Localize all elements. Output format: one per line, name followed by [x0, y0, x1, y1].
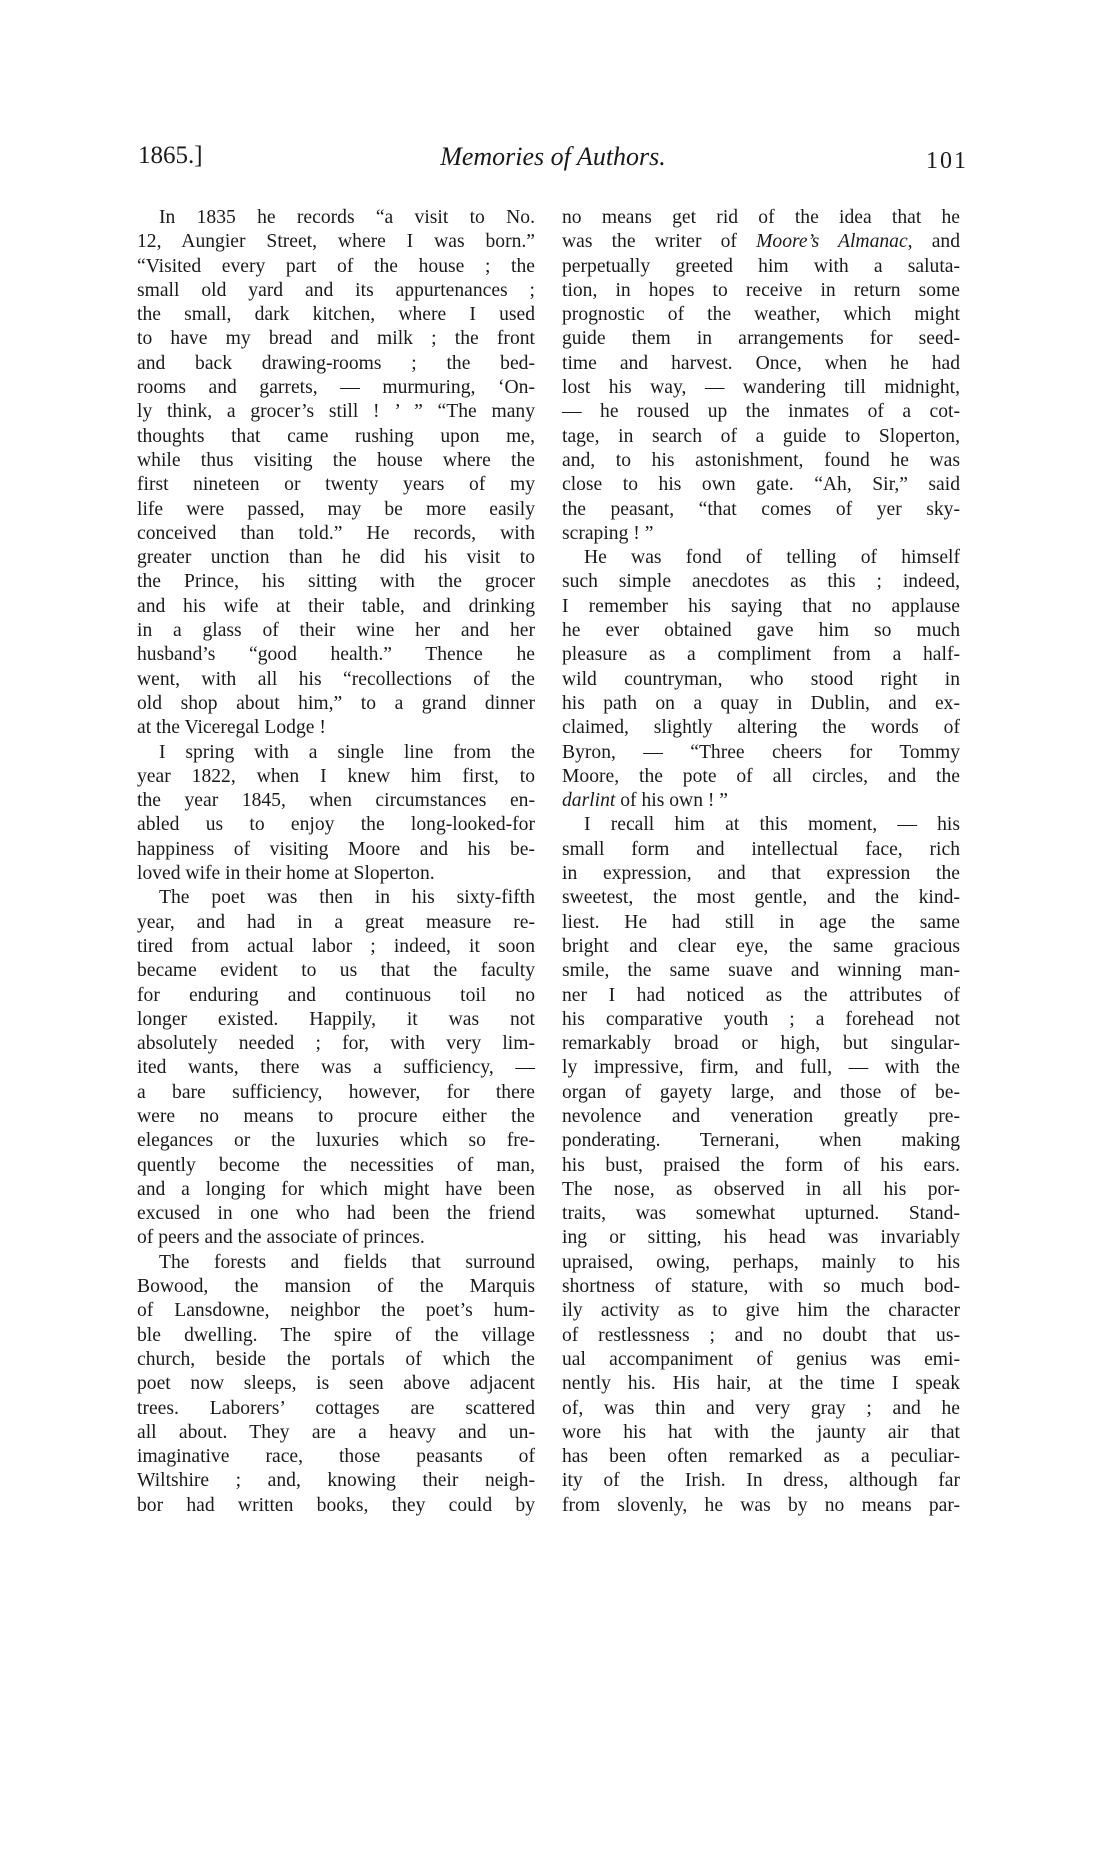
text-line: time and harvest. Once, when he had [562, 352, 960, 376]
text-line: and his wife at their table, and drinkin… [137, 595, 535, 619]
text-line: of peers and the associate of princes. [137, 1226, 535, 1250]
text-line: at the Viceregal Lodge ! [137, 716, 535, 740]
text-line: rooms and garrets, — murmuring, ‘On- [137, 376, 535, 400]
text-line: pleasure as a compliment from a half- [562, 643, 960, 667]
italic-title: Moore’s Almanac [756, 231, 908, 252]
text-line: small old yard and its appurtenances ; [137, 279, 535, 303]
text-line: excused in one who had been the friend [137, 1202, 535, 1226]
text-line: I recall him at this moment, — his [562, 813, 960, 837]
text-line: quently become the necessities of man, [137, 1154, 535, 1178]
text-line: liest. He had still in age the same [562, 911, 960, 935]
running-head: 1865.] Memories of Authors. 101 [138, 142, 968, 178]
italic-title: darlint [562, 790, 615, 811]
text-line: he ever obtained gave him so much [562, 619, 960, 643]
text-line: I remember his saying that no applause [562, 595, 960, 619]
text-line: no means get rid of the idea that he [562, 206, 960, 230]
text-line: I spring with a single line from the [137, 741, 535, 765]
text-line: old shop about him,” to a grand dinner [137, 692, 535, 716]
text-line: 12, Aungier Street, where I was born.” [137, 230, 535, 254]
text-line: smile, the same suave and winning man- [562, 959, 960, 983]
text-line: the Prince, his sitting with the grocer [137, 570, 535, 594]
text-line: elegances or the luxuries which so fre- [137, 1129, 535, 1153]
text-line: became evident to us that the faculty [137, 959, 535, 983]
text-line: — he roused up the inmates of a cot- [562, 400, 960, 424]
text-line: thoughts that came rushing upon me, [137, 425, 535, 449]
text-line: longer existed. Happily, it was not [137, 1008, 535, 1032]
text-line: shortness of stature, with so much bod- [562, 1275, 960, 1299]
text-line: bright and clear eye, the same gracious [562, 935, 960, 959]
text-line: abled us to enjoy the long-looked-for [137, 813, 535, 837]
text-line: life were passed, may be more easily [137, 498, 535, 522]
text-line: organ of gayety large, and those of be- [562, 1081, 960, 1105]
text-line: trees. Laborers’ cottages are scattered [137, 1397, 535, 1421]
text-line: small form and intellectual face, rich [562, 838, 960, 862]
text-line: his comparative youth ; a forehead not [562, 1008, 960, 1032]
text-line: in a glass of their wine her and her [137, 619, 535, 643]
text-line: and back drawing-rooms ; the bed- [137, 352, 535, 376]
text-fragment: was the writer of [562, 231, 756, 252]
header-title: Memories of Authors. [138, 142, 968, 172]
text-line: ited wants, there was a sufficiency, — [137, 1056, 535, 1080]
text-line: The nose, as observed in all his por- [562, 1178, 960, 1202]
text-line: ual accompaniment of genius was emi- [562, 1348, 960, 1372]
text-line: upraised, owing, perhaps, mainly to his [562, 1251, 960, 1275]
text-line: the year 1845, when circumstances en- [137, 789, 535, 813]
text-line: for enduring and continuous toil no [137, 984, 535, 1008]
text-line: ing or sitting, his head was invariably [562, 1226, 960, 1250]
text-line: wild countryman, who stood right in [562, 668, 960, 692]
page-number: 101 [926, 148, 968, 175]
text-line: year 1822, when I knew him first, to [137, 765, 535, 789]
right-column: no means get rid of the idea that hewas … [562, 206, 960, 1518]
text-line: went, with all his “recollections of the [137, 668, 535, 692]
text-line: year, and had in a great measure re- [137, 911, 535, 935]
text-line: close to his own gate. “Ah, Sir,” said [562, 473, 960, 497]
text-line: ly think, a grocer’s still ! ’ ” “The ma… [137, 400, 535, 424]
text-line: such simple anecdotes as this ; indeed, [562, 570, 960, 594]
text-line: has been often remarked as a peculiar- [562, 1445, 960, 1469]
text-line: tired from actual labor ; indeed, it soo… [137, 935, 535, 959]
text-line: greater unction than he did his visit to [137, 546, 535, 570]
text-line: ble dwelling. The spire of the village [137, 1324, 535, 1348]
text-line: were no means to procure either the [137, 1105, 535, 1129]
text-line: In 1835 he records “a visit to No. [137, 206, 535, 230]
text-line: lost his way, — wandering till midnight, [562, 376, 960, 400]
text-line: ner I had noticed as the attributes of [562, 984, 960, 1008]
text-line: of restlessness ; and no doubt that us- [562, 1324, 960, 1348]
text-fragment: , and [908, 231, 960, 252]
text-line: nently his. His hair, at the time I spea… [562, 1372, 960, 1396]
text-line: sweetest, the most gentle, and the kind- [562, 886, 960, 910]
text-line: while thus visiting the house where the [137, 449, 535, 473]
text-line: tage, in search of a guide to Sloperton, [562, 425, 960, 449]
text-line: first nineteen or twenty years of my [137, 473, 535, 497]
text-line: nevolence and veneration greatly pre- [562, 1105, 960, 1129]
text-line: He was fond of telling of himself [562, 546, 960, 570]
text-line: prognostic of the weather, which might [562, 303, 960, 327]
text-line: claimed, slightly altering the words of [562, 716, 960, 740]
text-line: poet now sleeps, is seen above adjacent [137, 1372, 535, 1396]
text-line: remarkably broad or high, but singular- [562, 1032, 960, 1056]
text-line: Wiltshire ; and, knowing their neigh- [137, 1469, 535, 1493]
text-line: the peasant, “that comes of yer sky- [562, 498, 960, 522]
text-line: conceived than told.” He records, with [137, 522, 535, 546]
text-line: ponderating. Ternerani, when making [562, 1129, 960, 1153]
text-line: loved wife in their home at Sloperton. [137, 862, 535, 886]
text-line: the small, dark kitchen, where I used [137, 303, 535, 327]
left-column: In 1835 he records “a visit to No.12, Au… [137, 206, 535, 1518]
text-line: his path on a quay in Dublin, and ex- [562, 692, 960, 716]
text-line: tion, in hopes to receive in return some [562, 279, 960, 303]
text-fragment: of his own ! ” [615, 790, 728, 811]
text-line: and a longing for which might have been [137, 1178, 535, 1202]
text-line: The poet was then in his sixty-fifth [137, 886, 535, 910]
text-line: “Visited every part of the house ; the [137, 255, 535, 279]
text-line: from slovenly, he was by no means par- [562, 1494, 960, 1518]
text-line: wore his hat with the jaunty air that [562, 1421, 960, 1445]
text-line: ily activity as to give him the characte… [562, 1299, 960, 1323]
text-line: and, to his astonishment, found he was [562, 449, 960, 473]
text-line: The forests and fields that surround [137, 1251, 535, 1275]
text-line: church, beside the portals of which the [137, 1348, 535, 1372]
text-line: his bust, praised the form of his ears. [562, 1154, 960, 1178]
text-line: bor had written books, they could by [137, 1494, 535, 1518]
text-line: Byron, — “Three cheers for Tommy [562, 741, 960, 765]
text-line: absolutely needed ; for, with very lim- [137, 1032, 535, 1056]
text-line: to have my bread and milk ; the front [137, 327, 535, 351]
text-line: traits, was somewhat upturned. Stand- [562, 1202, 960, 1226]
text-line: imaginative race, those peasants of [137, 1445, 535, 1469]
text-line: Moore, the pote of all circles, and the [562, 765, 960, 789]
text-line: husband’s “good health.” Thence he [137, 643, 535, 667]
text-line: happiness of visiting Moore and his be- [137, 838, 535, 862]
text-line: ly impressive, firm, and full, — with th… [562, 1056, 960, 1080]
text-line: Bowood, the mansion of the Marquis [137, 1275, 535, 1299]
text-line: guide them in arrangements for seed- [562, 327, 960, 351]
text-line: of Lansdowne, neighbor the poet’s hum- [137, 1299, 535, 1323]
text-line: ity of the Irish. In dress, although far [562, 1469, 960, 1493]
text-line: was the writer of Moore’s Almanac, and [562, 230, 960, 254]
text-line: scraping ! ” [562, 522, 960, 546]
text-line: in expression, and that expression the [562, 862, 960, 886]
text-line: of, was thin and very gray ; and he [562, 1397, 960, 1421]
text-line: darlint of his own ! ” [562, 789, 960, 813]
text-line: a bare sufficiency, however, for there [137, 1081, 535, 1105]
text-line: all about. They are a heavy and un- [137, 1421, 535, 1445]
text-line: perpetually greeted him with a saluta- [562, 255, 960, 279]
